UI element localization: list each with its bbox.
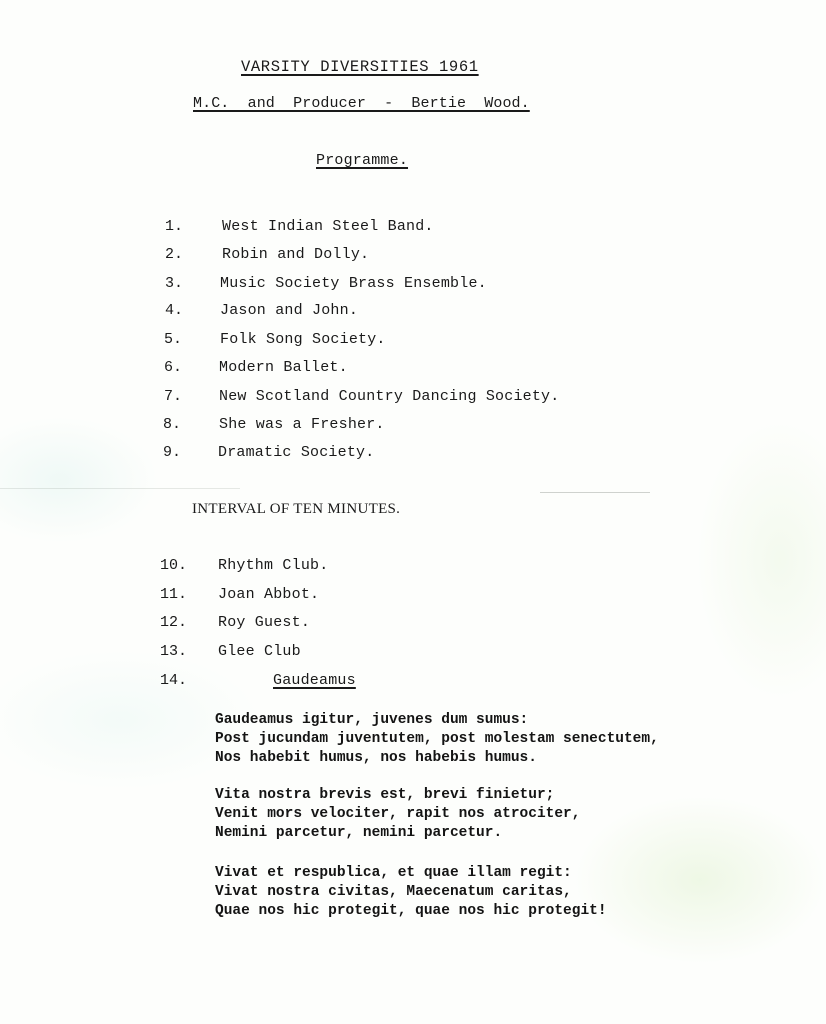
item-number: 1. <box>165 218 183 236</box>
programme-heading: Programme. <box>316 152 408 170</box>
item-act: Music Society Brass Ensemble. <box>220 275 487 293</box>
lyrics-line: Nos habebit humus, nos habebis humus. <box>215 749 537 768</box>
item-number: 4. <box>165 302 183 320</box>
item-act: She was a Fresher. <box>219 416 385 434</box>
item-act: Glee Club <box>218 643 301 661</box>
item-act: Jason and John. <box>220 302 358 320</box>
lyrics-line: Gaudeamus igitur, juvenes dum sumus: <box>215 711 528 730</box>
item-act: Roy Guest. <box>218 614 310 632</box>
item-number: 6. <box>164 359 182 377</box>
item-act: Joan Abbot. <box>218 586 319 604</box>
item-number: 14. <box>160 672 187 690</box>
lyrics-line: Venit mors velociter, rapit nos atrocite… <box>215 805 580 824</box>
item-act: Folk Song Society. <box>220 331 386 349</box>
lyrics-line: Nemini parcetur, nemini parcetur. <box>215 824 502 843</box>
lyrics-line: Post jucundam juventutem, post molestam … <box>215 730 659 749</box>
lyrics-line: Vivat nostra civitas, Maecenatum caritas… <box>215 883 572 902</box>
document-title: VARSITY DIVERSITIES 1961 <box>241 58 479 76</box>
item-number: 10. <box>160 557 187 575</box>
item-act: Rhythm Club. <box>218 557 328 575</box>
lyrics-line: Vita nostra brevis est, brevi finietur; <box>215 786 554 805</box>
item-act: West Indian Steel Band. <box>222 218 434 236</box>
lyrics-line: Vivat et respublica, et quae illam regit… <box>215 864 572 883</box>
item-number: 7. <box>164 388 182 406</box>
item-number: 5. <box>164 331 182 349</box>
item-number: 9. <box>163 444 181 462</box>
item-act-song-title: Gaudeamus <box>273 672 356 690</box>
item-number: 8. <box>163 416 181 434</box>
interval-notice: INTERVAL OF TEN MINUTES. <box>192 500 400 518</box>
paper-page: VARSITY DIVERSITIES 1961 M.C. and Produc… <box>0 0 826 1024</box>
item-number: 11. <box>160 586 187 604</box>
item-act: Dramatic Society. <box>218 444 374 462</box>
paper-fold-mark-left <box>0 488 240 489</box>
item-number: 12. <box>160 614 187 632</box>
item-number: 3. <box>165 275 183 293</box>
item-number: 13. <box>160 643 187 661</box>
item-act: Modern Ballet. <box>219 359 348 377</box>
item-number: 2. <box>165 246 183 264</box>
paper-fold-mark-right <box>540 492 650 493</box>
lyrics-line: Quae nos hic protegit, quae nos hic prot… <box>215 902 607 921</box>
item-act: New Scotland Country Dancing Society. <box>219 388 559 406</box>
item-act: Robin and Dolly. <box>222 246 369 264</box>
credit-line: M.C. and Producer - Bertie Wood. <box>193 95 530 113</box>
